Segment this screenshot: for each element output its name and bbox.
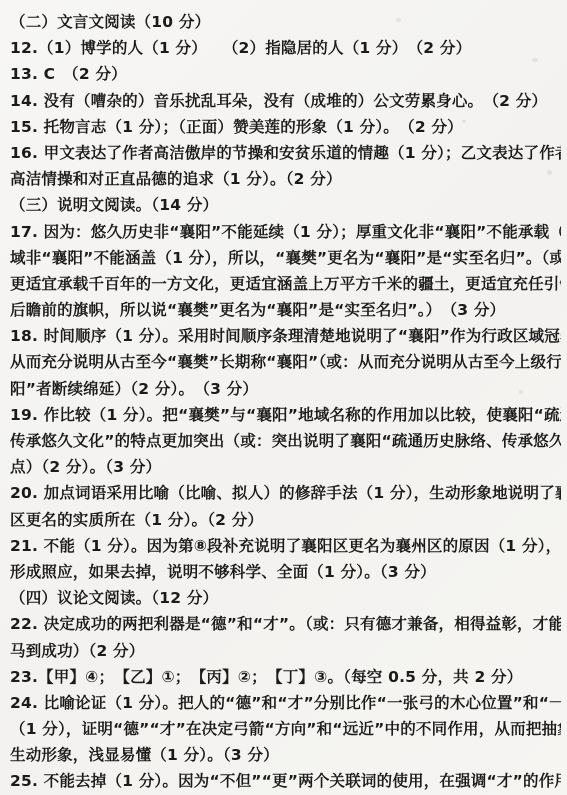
answer-line-17: 17. 因为：悠久历史非“襄阳”不能延续（1 分）；厚重文化非“襄阳”不能承载（… [10,219,561,245]
answer-line-24-cont: 生动形象，浅显易懂（1 分）。（3 分） [10,742,561,768]
answer-line-18-cont: 从而充分说明从古至今“襄樊”长期称“襄阳”（或：从而充分说明从古至今上级行政区冠… [10,349,561,375]
answer-line-18: 18. 时间顺序（1 分）。采用时间顺序条理清楚地说明了“襄阳”作为行政区域冠名… [10,323,561,349]
document-page: （二）文言文阅读（10 分） 12.（1）博学的人（1 分） （2）指隐居的人（… [0,0,567,795]
section-heading-yilunwen: （四）议论文阅读。（12 分） [10,585,561,611]
answer-line-19-cont: 传承悠久文化”的特点更加突出（或：突出说明了襄阳“疏通历史脉络、传承悠久文化”的… [10,428,561,454]
answer-line-20: 20. 加点词语采用比喻（比喻、拟人）的修辞手法（1 分），生动形象地说明了襄樊… [10,480,561,506]
answer-line-22-cont: 马到成功）（2 分） [10,638,561,664]
section-heading-wenyanwen: （二）文言文阅读（10 分） [10,9,561,35]
section-heading-shuomingwen: （三）说明文阅读。（14 分） [10,192,561,218]
answer-line-23: 23.【甲】④； 【乙】①； 【丙】②； 【丁】③。（每空 0.5 分，共 2 … [10,664,561,690]
answer-line-17-cont: 后瞻前的旗帜，所以说“襄樊”更名为“襄阳”是“实至名归”。） （3 分） [10,297,561,323]
answer-line-20-cont: 区更名的实质所在（1 分）。（2 分） [10,507,561,533]
answer-line-16-cont: 高洁情操和对正直品德的追求（1 分）。（2 分） [10,166,561,192]
answer-line-21-cont: 形成照应，如果去掉，说明不够科学、全面（1 分）。（3 分） [10,559,561,585]
answer-line-24: 24. 比喻论证（1 分）。把人的“德”和“才”分别比作“一张弓的木心位置”和“… [10,690,561,716]
answer-line-13: 13. C （2 分） [10,61,561,87]
answer-line-22: 22. 决定成功的两把利器是“德”和“才”。（或：只有德才兼备，相得益彰，才能所… [10,611,561,637]
answer-line-12: 12.（1）博学的人（1 分） （2）指隐居的人（1 分） （2 分） [10,35,561,61]
answer-line-21: 21. 不能（1 分）。因为第⑧段补充说明了襄阳区更名为襄州区的原因（1 分），… [10,533,561,559]
answer-line-19-cont: 点）（2 分）。（3 分） [10,454,561,480]
answer-line-17-cont: 更适宜承载千百年的一方文化，更适宜涵盖上万平方千米的疆土，更适宜充任引领当地顾 [10,271,561,297]
answer-line-24-cont: （1 分），证明“德”“才”在决定弓箭“方向”和“远近”中的不同作用，从而把抽象… [10,716,561,742]
answer-line-16: 16. 甲文表达了作者高洁傲岸的节操和安贫乐道的情趣（1 分）；乙文表达了作者洁… [10,140,561,166]
answer-line-25: 25. 不能去掉（1 分）。因为“不但”“更”两个关联词的使用，在强调“才”的作… [10,768,561,794]
answer-line-15: 15. 托物言志（1 分）；（正面）赞美莲的形象（1 分）。 （2 分） [10,114,561,140]
answer-line-14: 14. 没有（嘈杂的）音乐扰乱耳朵，没有（成堆的）公文劳累身心。 （2 分） [10,88,561,114]
answer-line-19: 19. 作比较（1 分）。把“襄樊”与“襄阳”地域名称的作用加以比较，使襄阳“疏… [10,402,561,428]
answer-line-18-cont: 阳”者断续绵延）（2 分）。 （3 分） [10,376,561,402]
answer-line-17-cont: 域非“襄阳”不能涵盖（1 分），所以，“襄樊”更名为“襄阳”是“实至名归”。（或… [10,245,561,271]
